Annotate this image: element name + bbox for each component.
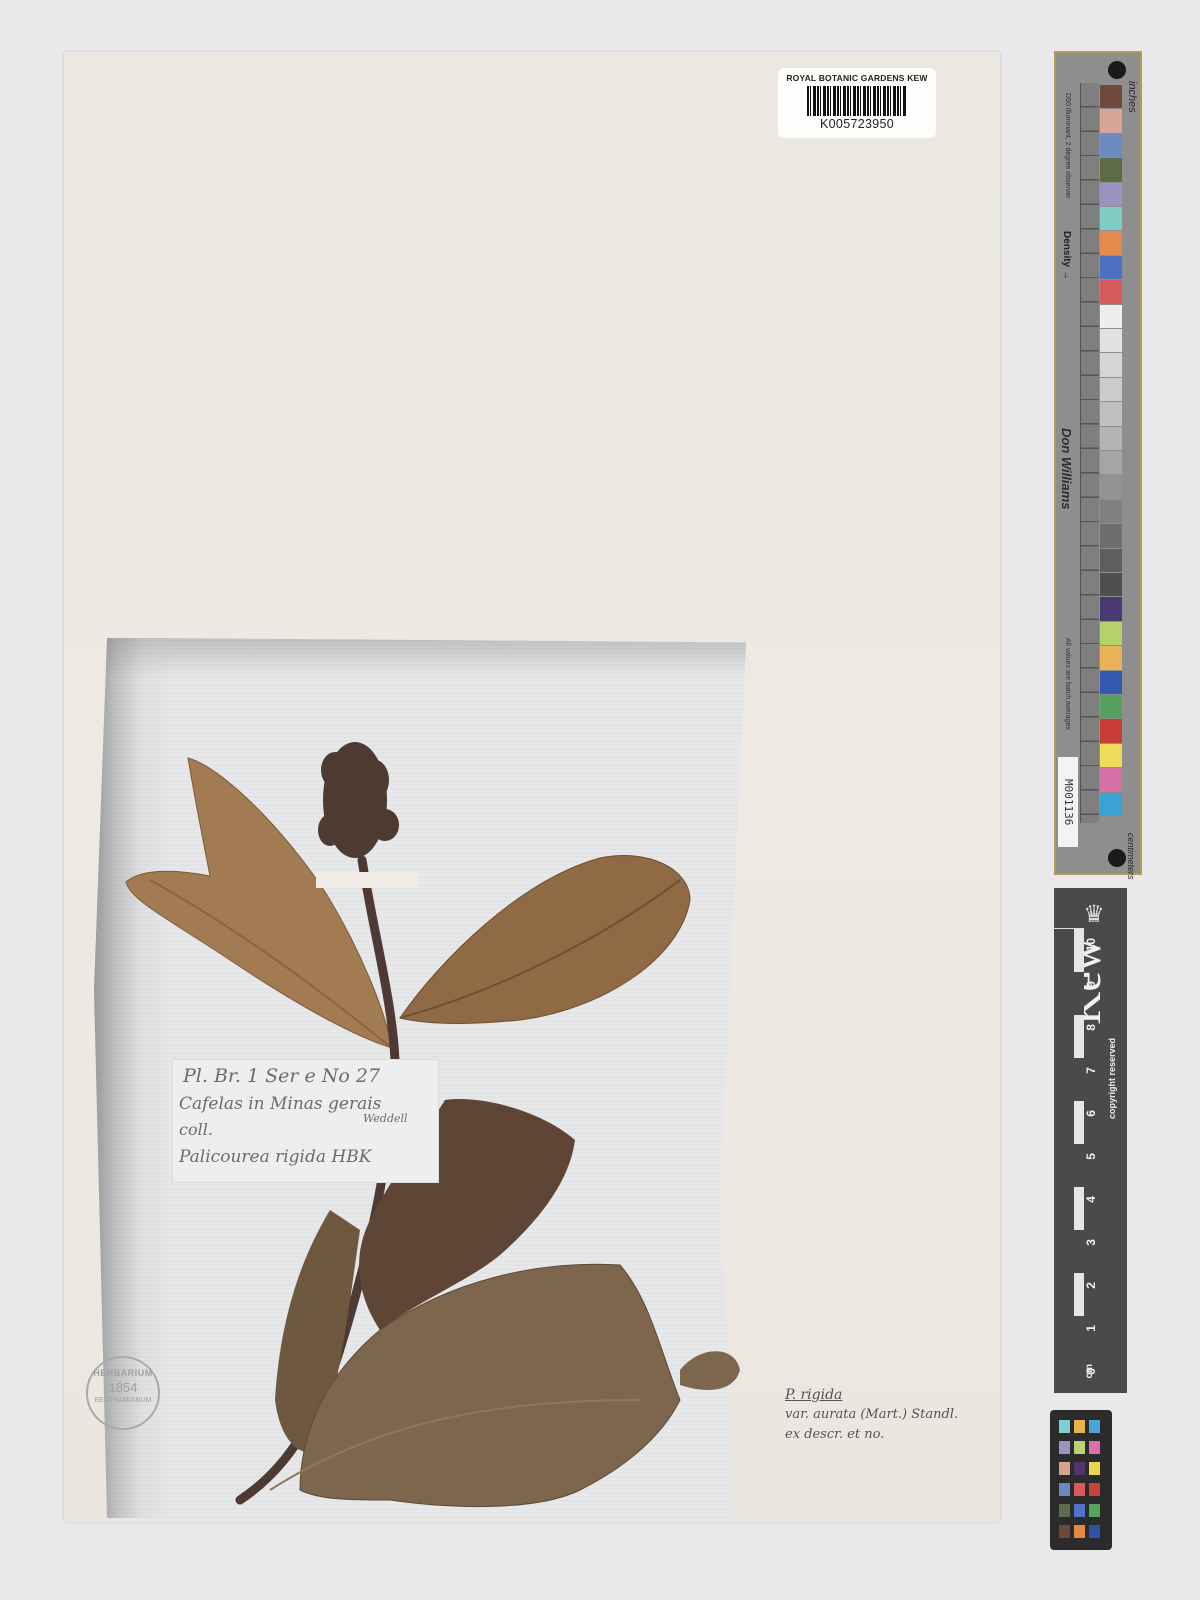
copyright-text: copyright reserved <box>1107 1038 1117 1119</box>
scale-segment <box>1054 928 1084 972</box>
scale-number: 8 <box>1084 1024 1102 1031</box>
checker-swatch <box>1059 1441 1070 1454</box>
checker-swatch <box>1059 1525 1070 1538</box>
scale-segment <box>1054 1229 1084 1273</box>
scale-unit: cm <box>1084 1364 1095 1378</box>
color-patch <box>1100 573 1122 596</box>
scale-number: 7 <box>1084 1067 1102 1074</box>
plant-specimen-illustration <box>0 0 1200 1600</box>
scale-number: 5 <box>1084 1153 1102 1160</box>
checker-swatch <box>1074 1525 1085 1538</box>
color-patch <box>1100 329 1122 352</box>
color-patch <box>1100 744 1122 767</box>
color-patch <box>1100 695 1122 718</box>
hole-icon <box>1108 849 1126 867</box>
color-patch <box>1100 402 1122 425</box>
checker-swatch <box>1089 1504 1100 1517</box>
scale-number: 9 <box>1084 981 1102 988</box>
colour-checker-card <box>1050 1410 1112 1550</box>
color-patch <box>1100 671 1122 694</box>
scale-segment <box>1054 1186 1084 1230</box>
royal-crest-icon: ♛ <box>1074 900 1114 930</box>
handwritten-annotation: P. rigida var. aurata (Mart.) Standl. ex… <box>785 1385 958 1445</box>
checker-swatch <box>1089 1462 1100 1475</box>
annotation-line-3: ex descr. et no. <box>785 1425 958 1445</box>
checker-swatch <box>1059 1420 1070 1433</box>
scale-number: 10 <box>1084 938 1102 951</box>
color-patch <box>1100 475 1122 498</box>
mounting-tape <box>316 872 418 888</box>
color-patch <box>1100 109 1122 132</box>
color-patch <box>1100 524 1122 547</box>
inflorescence <box>318 742 399 858</box>
scale-segment <box>1054 1014 1084 1058</box>
slip-line-1: Pl. Br. 1 Ser e No 27 <box>183 1065 380 1087</box>
slip-taxon-name: Palicourea rigida HBK <box>179 1147 371 1167</box>
checker-swatch <box>1089 1525 1100 1538</box>
scale-segment <box>1054 1272 1084 1316</box>
color-patch <box>1100 646 1122 669</box>
chart-value-grid <box>1080 83 1099 823</box>
color-patch <box>1100 85 1122 108</box>
scale-number: 2 <box>1084 1282 1102 1289</box>
color-patch <box>1100 427 1122 450</box>
annotation-line-2: var. aurata (Mart.) Standl. <box>785 1405 958 1425</box>
scale-segment <box>1054 1315 1084 1359</box>
scale-number: 6 <box>1084 1110 1102 1117</box>
slip-line-3: coll. <box>179 1120 213 1139</box>
kew-scale-bar: ♛ Royal Botanic Gardens Kew copyright re… <box>1054 888 1127 1393</box>
color-patch <box>1100 134 1122 157</box>
determination-slip: Pl. Br. 1 Ser e No 27 Cafelas in Minas g… <box>172 1059 439 1183</box>
scale-number: 4 <box>1084 1196 1102 1203</box>
checker-swatch <box>1074 1441 1085 1454</box>
color-patch <box>1100 305 1122 328</box>
unit-inches: inches <box>1126 81 1138 113</box>
color-patch <box>1100 183 1122 206</box>
color-patch <box>1100 378 1122 401</box>
checker-swatch <box>1089 1441 1100 1454</box>
scale-segment <box>1054 1143 1084 1187</box>
unit-centimeters: centimeters <box>1126 833 1136 880</box>
color-patch <box>1100 719 1122 742</box>
scale-number: 3 <box>1084 1239 1102 1246</box>
checker-swatch <box>1059 1462 1070 1475</box>
scale-segment <box>1054 971 1084 1015</box>
color-patch <box>1100 451 1122 474</box>
chart-brand: Don Williams <box>1059 428 1074 510</box>
chart-side-note: D50 Illuminant, 2 degree observer <box>1064 93 1071 198</box>
scale-segment <box>1054 1100 1084 1144</box>
color-patch <box>1100 549 1122 572</box>
checker-swatch <box>1074 1504 1085 1517</box>
chart-code: M001136 <box>1058 757 1078 847</box>
color-patch <box>1100 500 1122 523</box>
checker-swatch <box>1074 1483 1085 1496</box>
color-patch <box>1100 280 1122 303</box>
color-patch <box>1100 597 1122 620</box>
leaf-upper-right <box>400 856 690 1024</box>
color-patch <box>1100 793 1122 816</box>
annotation-line-1: P. rigida <box>785 1385 958 1405</box>
color-patch <box>1100 207 1122 230</box>
checker-swatch <box>1059 1504 1070 1517</box>
color-patch <box>1100 231 1122 254</box>
herbarium-stamp: HERBARIUM 1854 BENTHAMIANUM <box>86 1356 160 1430</box>
checker-swatch <box>1089 1420 1100 1433</box>
chart-footer-note: All values are batch averages <box>1064 638 1071 730</box>
checker-swatch <box>1059 1483 1070 1496</box>
checker-swatch <box>1074 1420 1085 1433</box>
color-calibration-chart: inches D50 Illuminant, 2 degree observer… <box>1054 51 1142 875</box>
color-patch <box>1100 158 1122 181</box>
scale-segment <box>1054 1057 1084 1101</box>
hole-icon <box>1108 61 1126 79</box>
scale-number: 1 <box>1084 1325 1102 1332</box>
slip-line-2: Cafelas in Minas gerais <box>179 1094 381 1114</box>
color-patch <box>1100 256 1122 279</box>
color-patch <box>1100 353 1122 376</box>
color-patch <box>1100 622 1122 645</box>
color-patch <box>1100 768 1122 791</box>
checker-swatch <box>1089 1483 1100 1496</box>
slip-collector-note: Weddell <box>363 1112 408 1125</box>
density-label: Density → <box>1061 231 1072 280</box>
checker-swatch <box>1074 1462 1085 1475</box>
